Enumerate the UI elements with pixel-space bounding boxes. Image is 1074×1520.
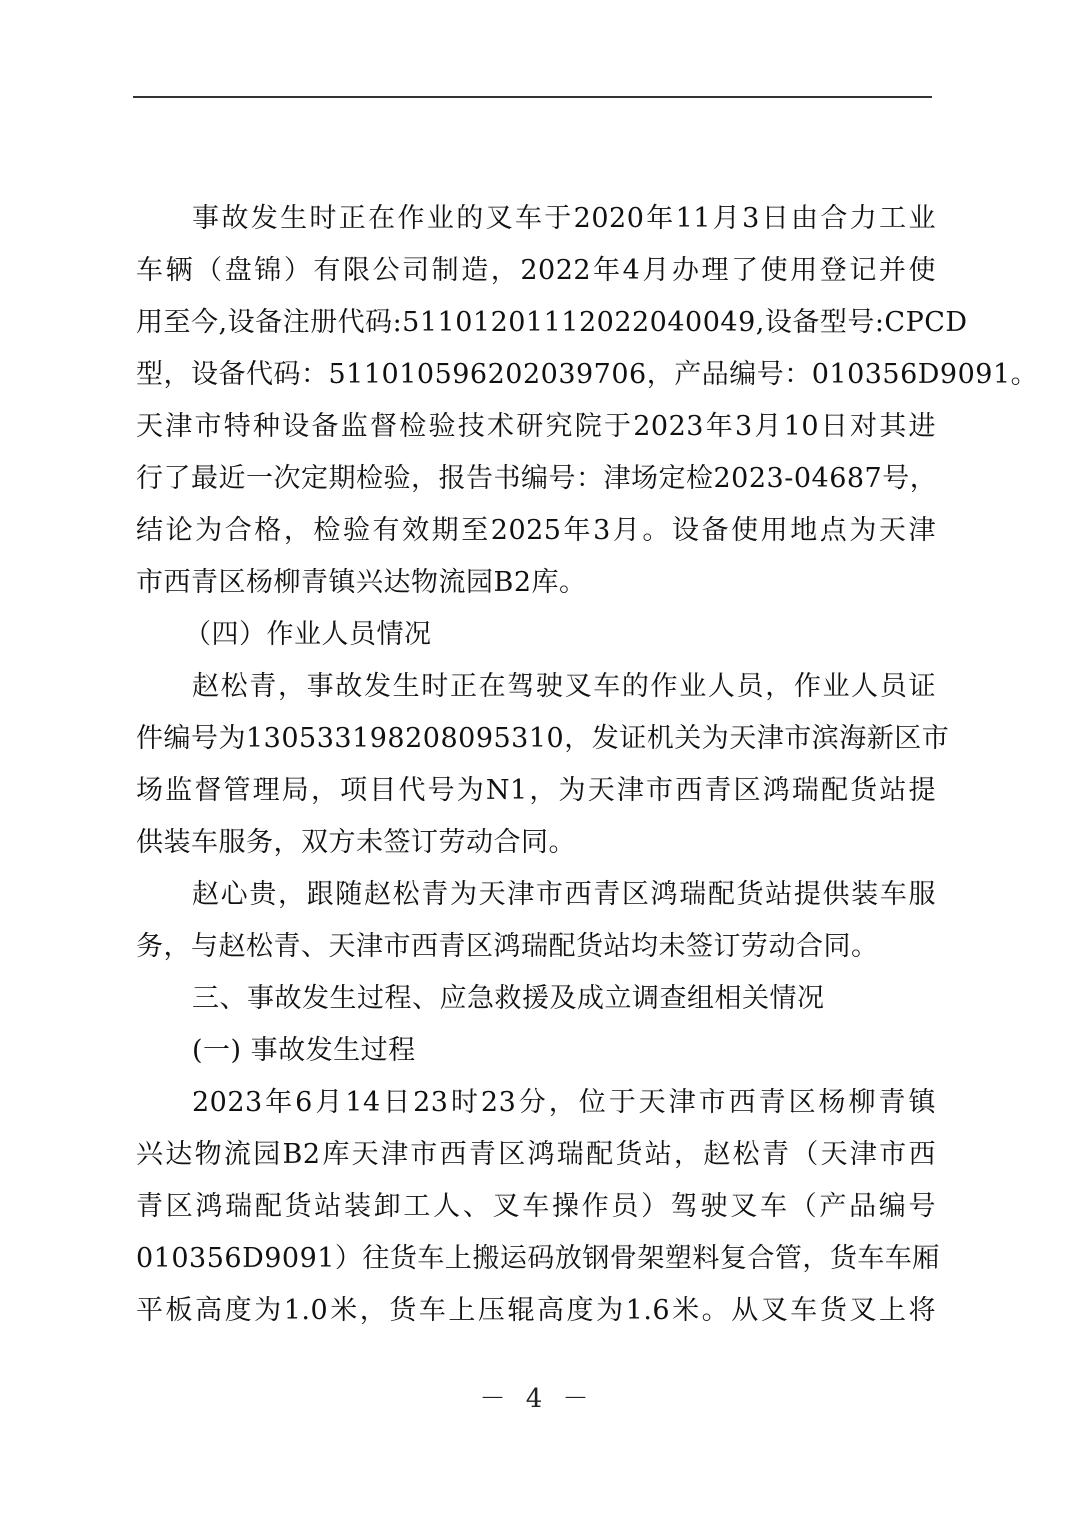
- text-line: 型，设备代码：511010596202039706，产品编号：010356D90…: [136, 349, 936, 401]
- text-line: 天津市特种设备监督检验技术研究院于2023年3月10日对其进: [136, 401, 936, 453]
- text-line: 2023年6月14日23时23分，位于天津市西青区杨柳青镇: [136, 1077, 936, 1129]
- text-line: 供装车服务，双方未签订劳动合同。: [136, 817, 936, 869]
- section-heading-operators: （四）作业人员情况: [136, 609, 936, 661]
- paragraph-operator-zhao-xingui: 赵心贵，跟随赵松青为天津市西青区鸿瑞配货站提供装车服 务，与赵松青、天津市西青区…: [136, 869, 936, 973]
- text-line: 务，与赵松青、天津市西青区鸿瑞配货站均未签订劳动合同。: [136, 921, 936, 973]
- page-number: － 4 －: [0, 1378, 1074, 1415]
- header-rule: [133, 96, 932, 98]
- document-body: 事故发生时正在作业的叉车于2020年11月3日由合力工业 车辆（盘锦）有限公司制…: [136, 193, 936, 1337]
- paragraph-equipment-info: 事故发生时正在作业的叉车于2020年11月3日由合力工业 车辆（盘锦）有限公司制…: [136, 193, 936, 609]
- text-line: 010356D9091）往货车上搬运码放钢骨架塑料复合管，货车车厢: [136, 1233, 936, 1285]
- text-line: 青区鸿瑞配货站装卸工人、叉车操作员）驾驶叉车（产品编号: [136, 1181, 936, 1233]
- text-line: 行了最近一次定期检验，报告书编号：津场定检2023-04687号，: [136, 453, 936, 505]
- text-line: 事故发生时正在作业的叉车于2020年11月3日由合力工业: [136, 193, 936, 245]
- text-line: 车辆（盘锦）有限公司制造，2022年4月办理了使用登记并使: [136, 245, 936, 297]
- text-line: 件编号为130533198208095310，发证机关为天津市滨海新区市: [136, 713, 936, 765]
- text-line: 赵松青，事故发生时正在驾驶叉车的作业人员，作业人员证: [136, 661, 936, 713]
- subsection-heading-accident-process: (一) 事故发生过程: [136, 1025, 936, 1077]
- paragraph-accident-process: 2023年6月14日23时23分，位于天津市西青区杨柳青镇 兴达物流园B2库天津…: [136, 1077, 936, 1337]
- text-line: 平板高度为1.0米，货车上压辊高度为1.6米。从叉车货叉上将: [136, 1285, 936, 1337]
- text-line: 用至今,设备注册代码:51101201112022040049,设备型号:CPC…: [136, 297, 936, 349]
- section-heading-accident-process: 三、事故发生过程、应急救援及成立调查组相关情况: [136, 973, 936, 1025]
- text-line: 兴达物流园B2库天津市西青区鸿瑞配货站，赵松青（天津市西: [136, 1129, 936, 1181]
- text-line: 市西青区杨柳青镇兴达物流园B2库。: [136, 557, 936, 609]
- text-line: 场监督管理局，项目代号为N1，为天津市西青区鸿瑞配货站提: [136, 765, 936, 817]
- text-line: 结论为合格，检验有效期至2025年3月。设备使用地点为天津: [136, 505, 936, 557]
- text-line: 赵心贵，跟随赵松青为天津市西青区鸿瑞配货站提供装车服: [136, 869, 936, 921]
- paragraph-operator-zhao-songqing: 赵松青，事故发生时正在驾驶叉车的作业人员，作业人员证 件编号为130533198…: [136, 661, 936, 869]
